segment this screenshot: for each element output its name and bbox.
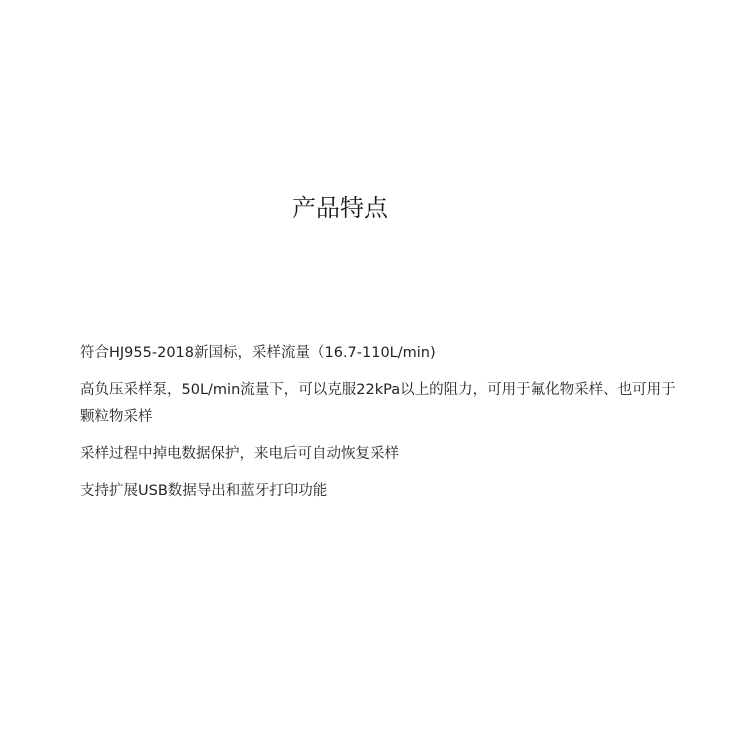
- page-title: 产品特点: [240, 192, 440, 224]
- feature-item-power-loss-protection: 采样过程中掉电数据保护，来电后可自动恢复采样: [80, 441, 680, 468]
- feature-item-usb-bluetooth: 支持扩展USB数据导出和蓝牙打印功能: [80, 478, 680, 505]
- feature-list: 符合HJ955-2018新国标，采样流量（16.7-110L/min) 高负压采…: [80, 340, 680, 515]
- feature-item-national-standard: 符合HJ955-2018新国标，采样流量（16.7-110L/min): [80, 340, 680, 367]
- feature-item-high-negative-pressure-pump: 高负压采样泵，50L/min流量下，可以克服22kPa以上的阻力，可用于氟化物采…: [80, 377, 680, 431]
